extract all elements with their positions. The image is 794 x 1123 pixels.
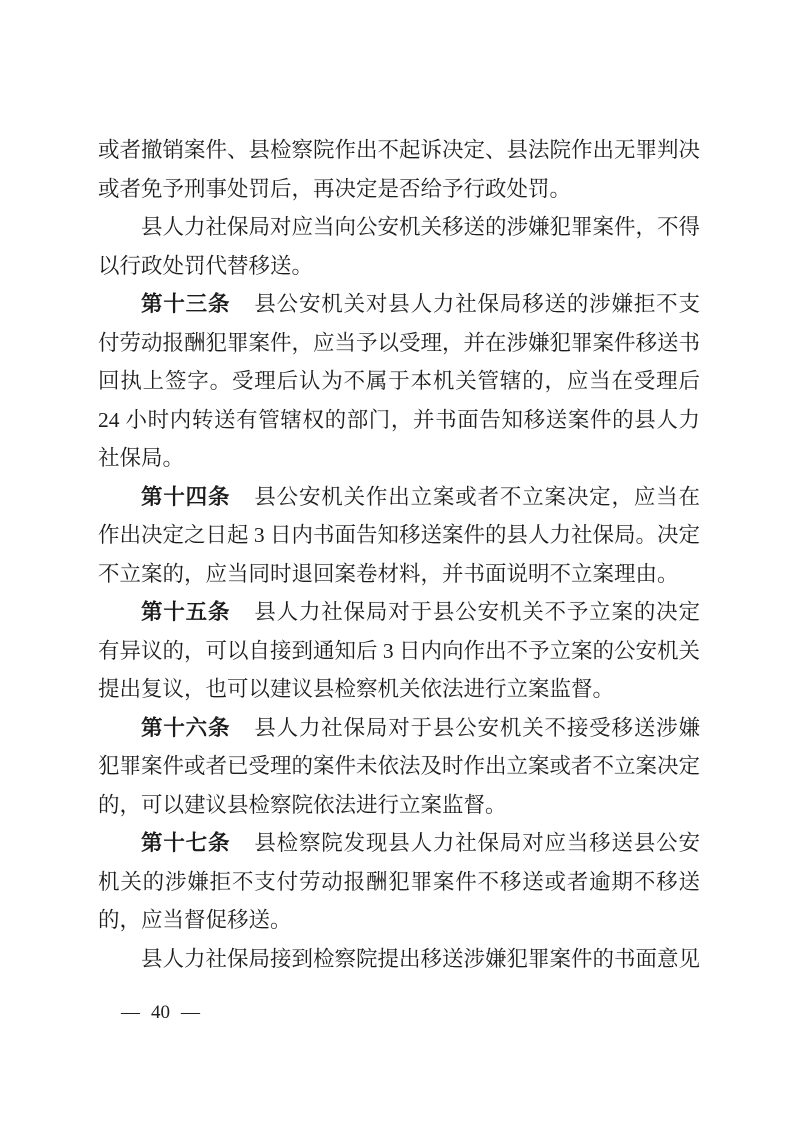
article-paragraph: 第十六条县人力社保局对于县公安机关不接受移送涉嫌犯罪案件或者已受理的案件未依法及… bbox=[98, 709, 700, 825]
footer-dash-left: — bbox=[121, 1000, 140, 1026]
article-number: 第十六条 bbox=[141, 716, 230, 740]
page-footer: — 40 — bbox=[121, 1000, 200, 1026]
paragraph: 县人力社保局接到检察院提出移送涉嫌犯罪案件的书面意见 bbox=[98, 940, 700, 979]
article-number: 第十三条 bbox=[141, 292, 230, 316]
document-body: 或者撤销案件、县检察院作出不起诉决定、县法院作出无罪判决或者免予刑事处罚后，再决… bbox=[98, 131, 700, 978]
article-number: 第十四条 bbox=[141, 485, 230, 509]
article-paragraph: 第十五条县人力社保局对于县公安机关不予立案的决定有异议的，可以自接到通知后 3 … bbox=[98, 593, 700, 709]
article-number: 第十七条 bbox=[141, 831, 230, 855]
document-page: 或者撤销案件、县检察院作出不起诉决定、县法院作出无罪判决或者免予刑事处罚后，再决… bbox=[0, 0, 794, 1123]
paragraph: 或者撤销案件、县检察院作出不起诉决定、县法院作出无罪判决或者免予刑事处罚后，再决… bbox=[98, 131, 700, 208]
paragraph-text: 县人力社保局对应当向公安机关移送的涉嫌犯罪案件，不得以行政处罚代替移送。 bbox=[98, 215, 700, 278]
article-paragraph: 第十七条县检察院发现县人力社保局对应当移送县公安机关的涉嫌拒不支付劳动报酬犯罪案… bbox=[98, 824, 700, 940]
paragraph: 县人力社保局对应当向公安机关移送的涉嫌犯罪案件，不得以行政处罚代替移送。 bbox=[98, 208, 700, 285]
page-number: 40 bbox=[151, 1000, 170, 1026]
footer-dash-right: — bbox=[181, 1000, 200, 1026]
article-paragraph: 第十三条县公安机关对县人力社保局移送的涉嫌拒不支付劳动报酬犯罪案件，应当予以受理… bbox=[98, 285, 700, 478]
paragraph-text: 县公安机关对县人力社保局移送的涉嫌拒不支付劳动报酬犯罪案件，应当予以受理，并在涉… bbox=[98, 292, 700, 470]
article-number: 第十五条 bbox=[141, 600, 230, 624]
article-paragraph: 第十四条县公安机关作出立案或者不立案决定，应当在作出决定之日起 3 日内书面告知… bbox=[98, 478, 700, 594]
paragraph-text: 县人力社保局接到检察院提出移送涉嫌犯罪案件的书面意见 bbox=[141, 947, 700, 971]
paragraph-text: 或者撤销案件、县检察院作出不起诉决定、县法院作出无罪判决或者免予刑事处罚后，再决… bbox=[98, 138, 700, 201]
